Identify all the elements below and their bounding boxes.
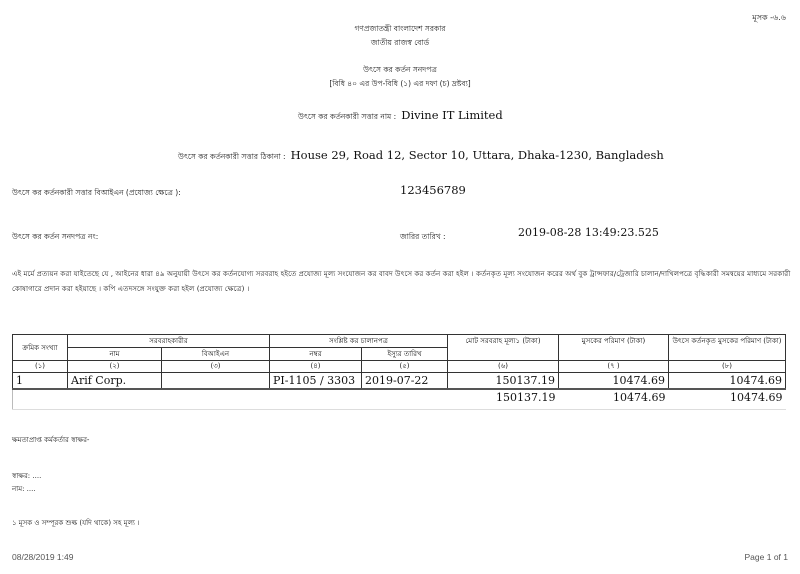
column-number: (৩) [162, 361, 270, 373]
certificate-number-label: উৎসে কর কর্তন সনদপত্র নং: [12, 232, 98, 244]
rule-reference: [বিধি ৪০ এর উপ-বিধি (১) এর দফা (চ) দ্রষ্… [0, 79, 800, 91]
cell-deducted-vat: 10474.69 [669, 373, 786, 390]
issue-date-label: জারির তারিখ : [400, 232, 446, 244]
column-number: (১) [13, 361, 68, 373]
header-invoice-date: ইস্যুর তারিখ [362, 348, 448, 361]
cell-supplier-bin [162, 373, 270, 390]
declaration-text: এই মর্মে প্রত্যয়ন করা যাইতেছে যে , আইনে… [12, 266, 792, 296]
header-invoice-group: সংশ্লিষ্ট কর চালানপত্র [270, 335, 448, 348]
issue-date-value: 2019-08-28 13:49:23.525 [518, 226, 659, 239]
column-number: (৭ ) [559, 361, 669, 373]
column-number-row: (১) (২) (৩) (৪) (৫) (৬) (৭ ) (৮) [13, 361, 786, 373]
deductor-name-row: উৎসে কর কর্তনকারী সত্তার নাম : Divine IT… [298, 104, 503, 124]
deductor-address: House 29, Road 12, Sector 10, Uttara, Dh… [291, 148, 664, 162]
deductor-name: Divine IT Limited [401, 108, 503, 122]
total-vat-amount: 10474.69 [559, 389, 669, 405]
totals-spacer [13, 389, 448, 405]
signature-field: স্বাক্ষর: .... [12, 470, 41, 482]
header-serial: ক্রমিক সংখ্যা [13, 335, 68, 361]
print-timestamp: 08/28/2019 1:49 [12, 552, 73, 562]
column-number: (২) [68, 361, 162, 373]
signature-heading: ক্ষমতাপ্রাপ্ত কর্মকর্তার স্বাক্ষর- [12, 434, 89, 446]
bin-label: উৎসে কর কর্তনকারী সত্তার বিআইএন (প্রযোজ্… [12, 188, 181, 200]
totals-row: 150137.19 10474.69 10474.69 [13, 389, 786, 405]
header-vat-amount: মুসকের পরিমাণ (টাকা) [559, 335, 669, 361]
cell-supplier-name: Arif Corp. [68, 373, 162, 390]
deductor-address-row: উৎসে কর কর্তনকারী সত্তার ঠিকানা : House … [178, 144, 664, 164]
supply-table: ক্রমিক সংখ্যা সরবরাহকারীর সংশ্লিষ্ট কর চ… [12, 334, 786, 410]
signatory-name-field: নাম: .... [12, 483, 36, 495]
page-indicator: Page 1 of 1 [745, 552, 788, 562]
totals-filler-cell [13, 405, 786, 410]
deductor-name-label: উৎসে কর কর্তনকারী সত্তার নাম : [298, 112, 396, 121]
government-name: গণপ্রজাতন্ত্রী বাংলাদেশ সরকার [0, 24, 800, 36]
total-supply: 150137.19 [448, 389, 559, 405]
column-number: (৮) [669, 361, 786, 373]
cell-total-supply: 150137.19 [448, 373, 559, 390]
certificate-title: উৎসে কর কর্তন সনদপত্র [0, 65, 800, 77]
bin-value: 123456789 [400, 183, 466, 197]
board-name: জাতীয় রাজস্ব বোর্ড [0, 38, 800, 50]
totals-filler [13, 405, 786, 410]
header-invoice-number: নম্বর [270, 348, 362, 361]
footnote: ১ মূসক ও সম্পূরক শুল্ক (যদি থাকে) সহ মূল… [12, 517, 140, 529]
cell-invoice-date: 2019-07-22 [362, 373, 448, 390]
cell-vat-amount: 10474.69 [559, 373, 669, 390]
column-number: (৫) [362, 361, 448, 373]
header-supplier-group: সরবরাহকারীর [68, 335, 270, 348]
header-supplier-name: নাম [68, 348, 162, 361]
table-row: 1 Arif Corp. PI-1105 / 3303 2019-07-22 1… [13, 373, 786, 390]
deductor-address-label: উৎসে কর কর্তনকারী সত্তার ঠিকানা : [178, 152, 286, 161]
column-number: (৬) [448, 361, 559, 373]
header-deducted-vat: উৎসে কর্তনকৃত মুসকের পরিমাণ (টাকা) [669, 335, 786, 361]
cell-serial: 1 [13, 373, 68, 390]
column-number: (৪) [270, 361, 362, 373]
header-supplier-bin: বিআইএন [162, 348, 270, 361]
cell-invoice-number: PI-1105 / 3303 [270, 373, 362, 390]
total-deducted-vat: 10474.69 [669, 389, 786, 405]
header-row-1: ক্রমিক সংখ্যা সরবরাহকারীর সংশ্লিষ্ট কর চ… [13, 335, 786, 348]
header-total-supply: মোট সরবরাহ মূল্য১ (টাকা) [448, 335, 559, 361]
